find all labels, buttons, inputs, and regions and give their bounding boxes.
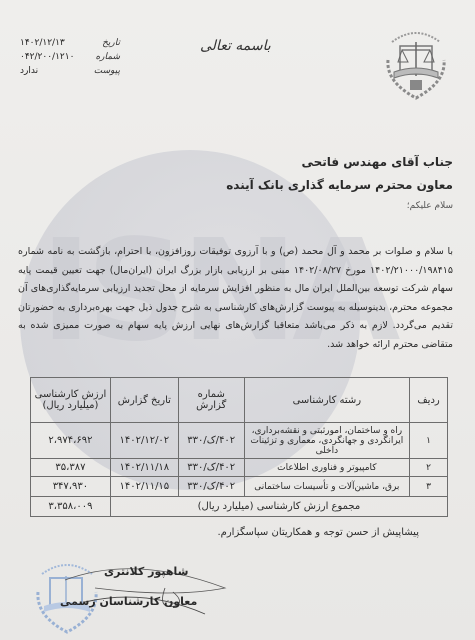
col-header-report-number: شماره گزارش [178,378,244,423]
cell-row-number: ۱ [410,423,448,459]
addressee-name: جناب آقای مهندس فاتحی [153,155,453,169]
meta-date-value: ۱۴۰۲/۱۲/۱۳ [20,36,65,50]
total-label: مجموع ارزش کارشناسی (میلیارد ریال) [110,497,447,517]
cell-field: کامپیوتر و فناوری اطلاعات [244,459,409,477]
cell-report-date: ۱۴۰۲/۱۲/۰۲ [110,423,178,459]
meta-attachment-value: ندارد [20,64,38,78]
cell-value: ۳۵،۳۸۷ [31,459,111,477]
total-value: ۳،۳۵۸،۰۰۹ [31,497,111,517]
signatory-title: معاون کارشناسان رسمی [60,595,197,608]
col-header-row-number: ردیف [410,378,448,423]
table-row: ۳ برق، ماشین‌آلات و تأسیسات ساختمانی ۴۰۲… [31,477,448,497]
meta-attachment-label: پیوست [94,64,120,78]
greeting: سلام علیکم؛ [153,201,453,211]
cell-report-number: ۴۰۲/ک/۳۳۰ [178,477,244,497]
col-header-value: ارزش کارشناسی (میلیارد ریال) [31,378,111,423]
scales-of-justice-emblem-icon [380,20,452,102]
meta-number-label: شماره [95,50,120,64]
cell-report-date: ۱۴۰۲/۱۱/۱۵ [110,477,178,497]
meta-number: شماره ۰۴۲/۲۰۰/۱۲۱۰ [20,50,120,64]
letter-body: با سلام و صلوات بر محمد و آل محمد (ص) و … [18,243,453,354]
cell-field: راه و ساختمان، امورثبتی و نقشه‌برداری، ا… [244,423,409,459]
addressee-title: معاون محترم سرمایه گذاری بانک آینده [153,178,453,192]
col-header-field: رشته کارشناسی [244,378,409,423]
col-header-report-date: تاریخ گزارش [110,378,178,423]
cell-value: ۳۴۷،۹۳۰ [31,477,111,497]
table-total-row: مجموع ارزش کارشناسی (میلیارد ریال) ۳،۳۵۸… [31,497,448,517]
cell-value: ۲،۹۷۴،۶۹۲ [31,423,111,459]
bismillah-heading: باسمه تعالی [200,38,271,54]
cell-report-number: ۴۰۲/ک/۳۳۰ [178,423,244,459]
table-row: ۲ کامپیوتر و فناوری اطلاعات ۴۰۲/ک/۳۳۰ ۱۴… [31,459,448,477]
cell-row-number: ۳ [410,477,448,497]
meta-date-label: تاریخ [102,36,120,50]
reports-table: ردیف رشته کارشناسی شماره گزارش تاریخ گزا… [30,377,448,517]
meta-attachment: پیوست ندارد [20,64,120,78]
addressee-block: جناب آقای مهندس فاتحی معاون محترم سرمایه… [153,155,453,211]
meta-date: تاریخ ۱۴۰۲/۱۲/۱۳ [20,36,120,50]
cell-report-date: ۱۴۰۲/۱۱/۱۸ [110,459,178,477]
meta-number-value: ۰۴۲/۲۰۰/۱۲۱۰ [20,50,74,64]
signatory-name: شاهپور کلانتری [104,565,188,578]
cell-field: برق، ماشین‌آلات و تأسیسات ساختمانی [244,477,409,497]
closing-line: پیشاپیش از حسن توجه و همکاریتان سپاسگزار… [217,527,419,538]
table-row: ۱ راه و ساختمان، امورثبتی و نقشه‌برداری،… [31,423,448,459]
table-header-row: ردیف رشته کارشناسی شماره گزارش تاریخ گزا… [31,378,448,423]
cell-report-number: ۴۰۲/ک/۳۳۰ [178,459,244,477]
cell-row-number: ۲ [410,459,448,477]
letter-meta: تاریخ ۱۴۰۲/۱۲/۱۳ شماره ۰۴۲/۲۰۰/۱۲۱۰ پیوس… [20,36,120,78]
